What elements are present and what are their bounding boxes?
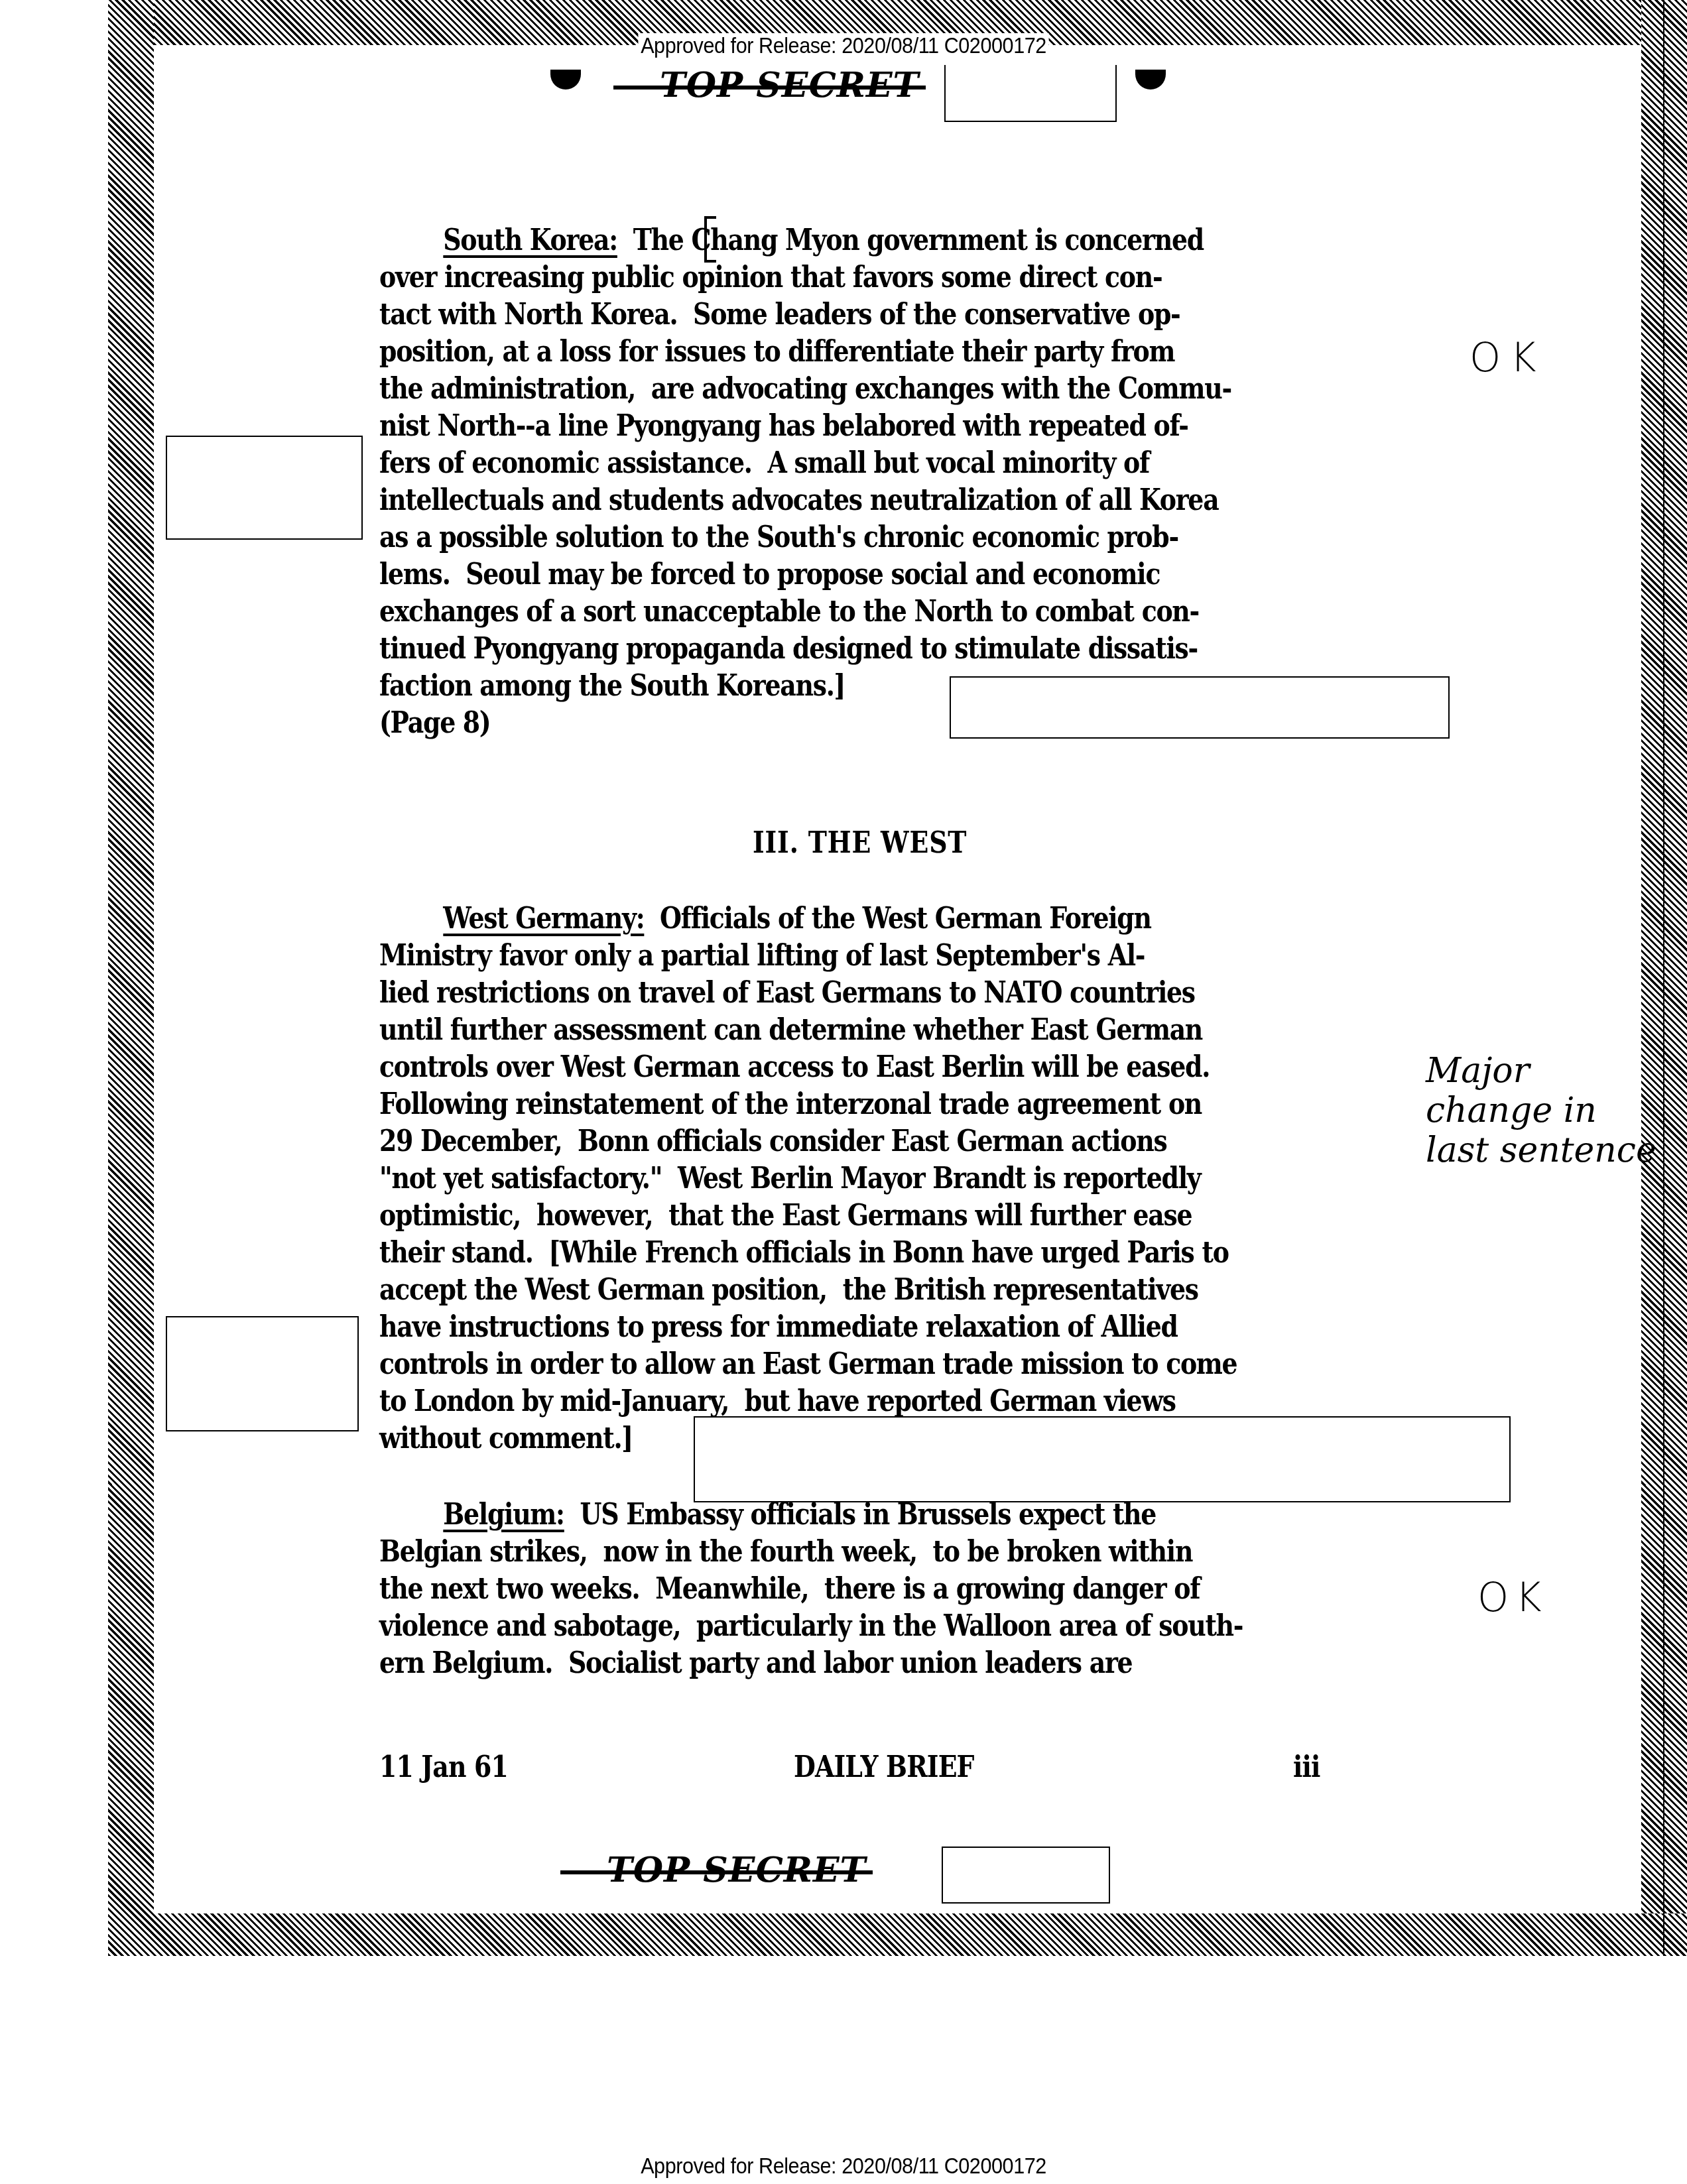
text-line: the next two weeks. Meanwhile, there is … (379, 1571, 1349, 1608)
control-number-box-bottom (942, 1847, 1110, 1904)
scan-border-rule (1663, 0, 1664, 1956)
topic-label: Belgium: (443, 1498, 564, 1532)
text-line: until further assessment can determine w… (379, 1012, 1349, 1049)
handwritten-ok-annotation: OK (1469, 338, 1546, 378)
text-line: fers of economic assistance. A small but… (379, 445, 1349, 482)
text-line: US Embassy officials in Brussels expect … (580, 1498, 1156, 1532)
binder-tab-mark-left (550, 70, 581, 90)
redaction-box (950, 676, 1450, 739)
text-line: tinued Pyongyang propaganda designed to … (379, 631, 1349, 668)
text-line: Following reinstatement of the interzona… (379, 1086, 1349, 1123)
text-line: ern Belgium. Socialist party and labor u… (379, 1645, 1349, 1682)
classification-marking-top: TOP SECRET (660, 65, 919, 105)
text-line: lems. Seoul may be forced to propose soc… (379, 556, 1349, 593)
text-line: Ministry favor only a partial lifting of… (379, 938, 1349, 975)
text-line: "not yet satisfactory." West Berlin Mayo… (379, 1160, 1349, 1197)
handwritten-ok-annotation: OK (1477, 1578, 1548, 1618)
text-line: The Chang Myon government is concerned (633, 223, 1204, 257)
strikethrough-line (560, 1870, 873, 1874)
classification-marking-bottom: TOP SECRET (607, 1850, 866, 1890)
paragraph-belgium: Belgium: US Embassy officials in Brussel… (379, 1496, 1349, 1682)
text-line: violence and sabotage, particularly in t… (379, 1608, 1349, 1645)
redaction-bracket-open (704, 216, 716, 263)
redaction-box (166, 1316, 359, 1431)
footer-title: DAILY BRIEF (794, 1750, 974, 1784)
text-line: as a possible solution to the South's ch… (379, 519, 1349, 556)
redaction-box (166, 436, 363, 540)
text-line: nist North--a line Pyongyang has belabor… (379, 408, 1349, 445)
release-stamp-top: Approved for Release: 2020/08/11 C020001… (84, 33, 1603, 59)
text-line: 29 December, Bonn officials consider Eas… (379, 1123, 1349, 1160)
footer-page-number: iii (1293, 1750, 1320, 1784)
release-stamp-text: Approved for Release: 2020/08/11 C020001… (639, 33, 1049, 58)
scan-border-bottom (108, 1913, 1687, 1956)
text-line: lied restrictions on travel of East Germ… (379, 975, 1349, 1012)
text-line: the administration, are advocating excha… (379, 371, 1349, 408)
handwritten-major-change-annotation: Major change in last sentence (1426, 1051, 1656, 1170)
text-line: have instructions to press for immediate… (379, 1309, 1349, 1346)
text-line: Belgian strikes, now in the fourth week,… (379, 1534, 1349, 1571)
strikethrough-line (613, 86, 926, 90)
paragraph-west-germany: West Germany: Officials of the West Germ… (379, 900, 1349, 1457)
control-number-box-top (944, 65, 1117, 122)
text-line: optimistic, however, that the East Germa… (379, 1197, 1349, 1235)
text-line: accept the West German position, the Bri… (379, 1272, 1349, 1309)
paragraph-first-line: West Germany: Officials of the West Germ… (379, 900, 1349, 938)
binder-tab-mark-right (1135, 70, 1166, 90)
redaction-box (694, 1416, 1511, 1502)
text-line: to London by mid-January, but have repor… (379, 1383, 1349, 1420)
text-line: exchanges of a sort unacceptable to the … (379, 593, 1349, 631)
text-line: their stand. [While French officials in … (379, 1235, 1349, 1272)
text-line: tact with North Korea. Some leaders of t… (379, 296, 1349, 334)
release-stamp-bottom: Approved for Release: 2020/08/11 C020001… (84, 2154, 1603, 2179)
section-heading: III. THE WEST (753, 826, 967, 860)
topic-label: West Germany: (443, 902, 644, 936)
text-line: over increasing public opinion that favo… (379, 259, 1349, 296)
paragraph-first-line: South Korea: The Chang Myon government i… (379, 222, 1349, 259)
scan-border-left (108, 0, 154, 1956)
topic-label: South Korea: (443, 223, 617, 257)
text-line: Officials of the West German Foreign (660, 902, 1151, 936)
text-line: controls over West German access to East… (379, 1049, 1349, 1086)
text-line: intellectuals and students advocates neu… (379, 482, 1349, 519)
text-line: position, at a loss for issues to differ… (379, 334, 1349, 371)
footer-date: 11 Jan 61 (379, 1750, 508, 1784)
paragraph-south-korea: South Korea: The Chang Myon government i… (379, 222, 1349, 742)
text-line: controls in order to allow an East Germa… (379, 1346, 1349, 1383)
